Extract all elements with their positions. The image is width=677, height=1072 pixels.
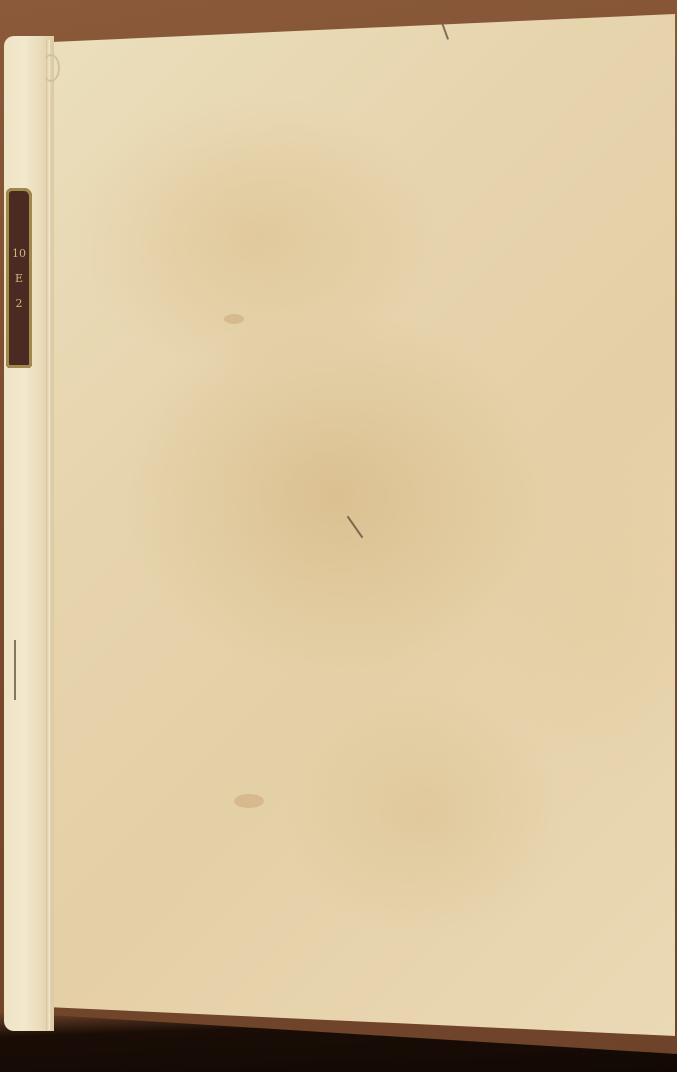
spine-label-glyph: 10 [12, 248, 26, 259]
photo-scene: 10 E 2 [0, 0, 677, 1072]
spine-groove [46, 40, 50, 1030]
spine-mark [14, 640, 16, 700]
spine-label-glyph: E [15, 273, 23, 284]
spine-label-glyph: 2 [16, 298, 23, 309]
scratch-mark [441, 22, 449, 40]
stain [224, 314, 244, 324]
scratch-mark [347, 516, 364, 538]
stain [234, 794, 264, 808]
spine-label: 10 E 2 [6, 188, 32, 368]
book-front-cover [4, 14, 675, 1036]
binding-thread [42, 54, 60, 82]
